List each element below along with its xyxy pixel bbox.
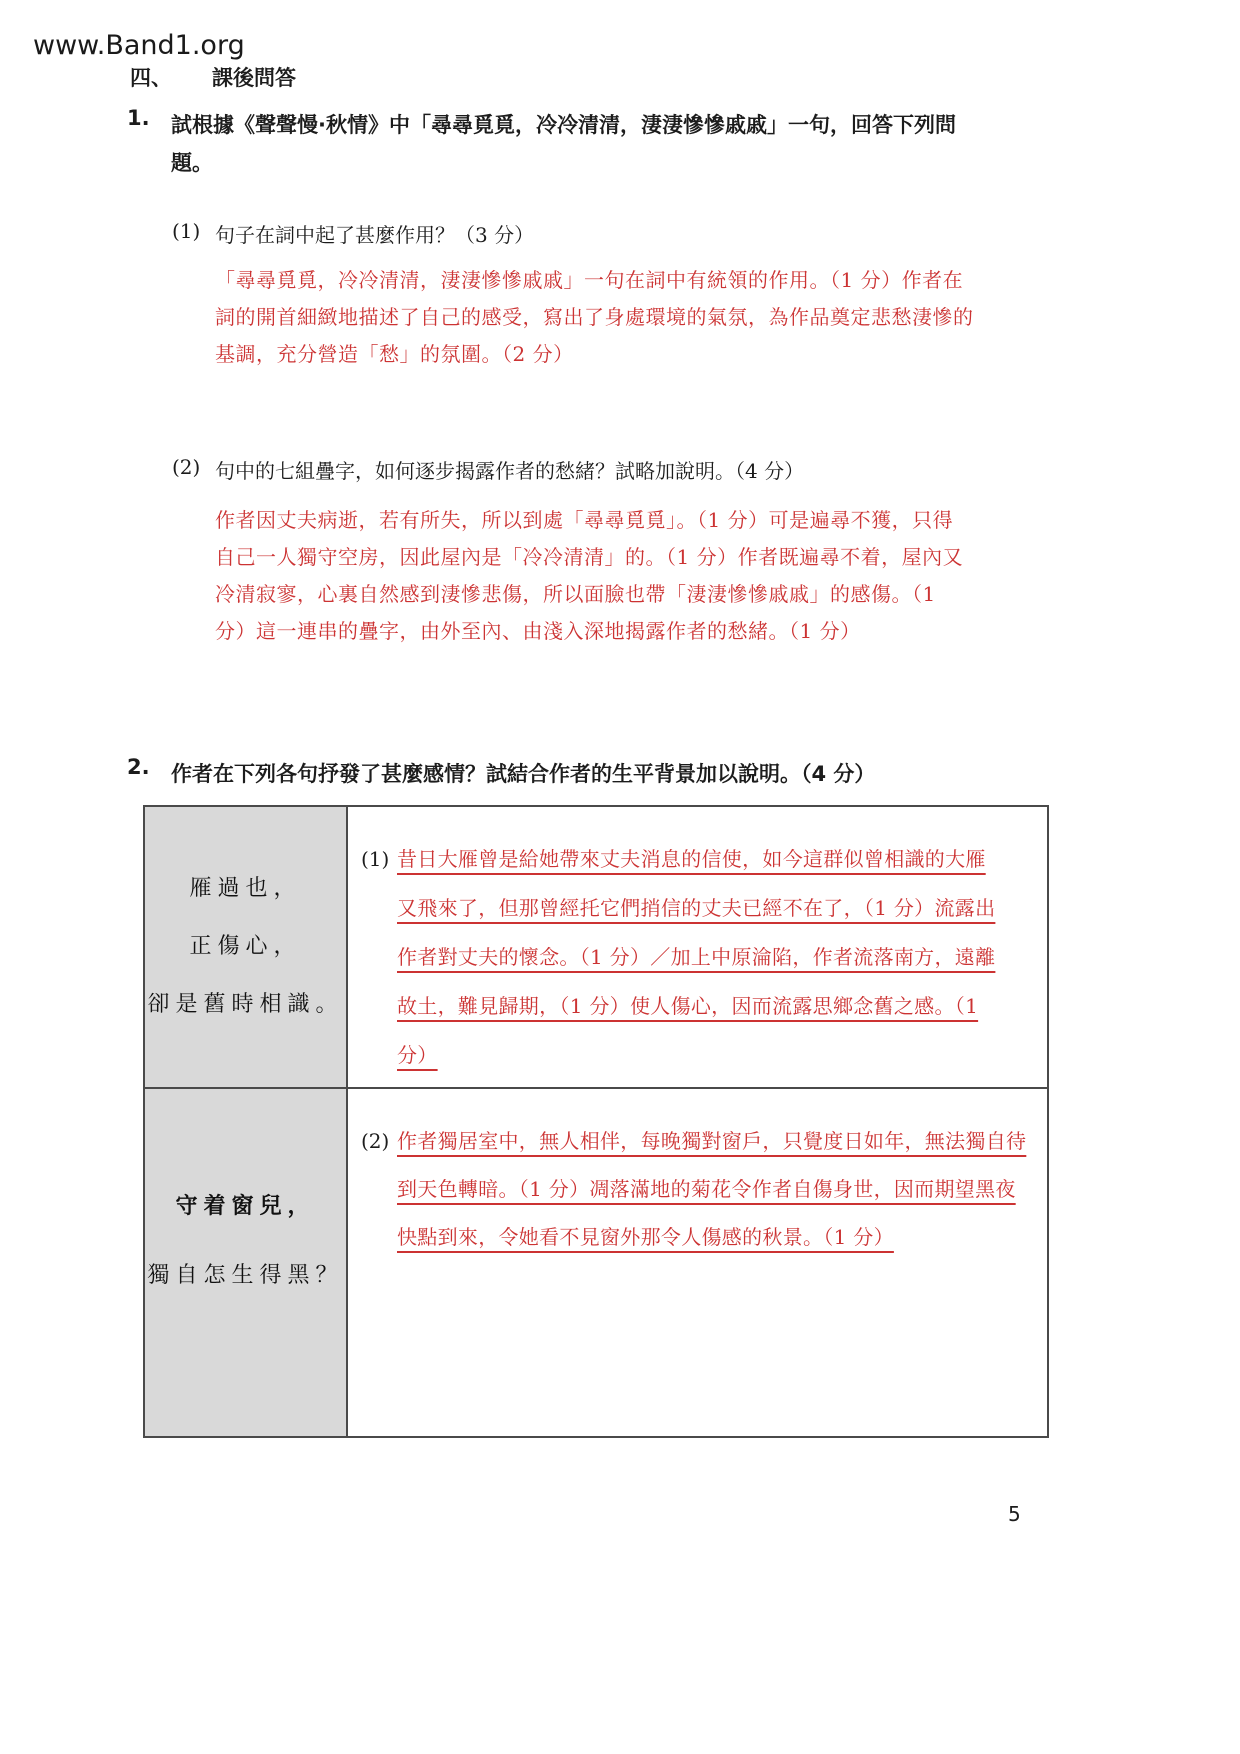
watermark: www.Band1.org <box>33 30 245 61</box>
answer-1-line: 基調，充分營造「愁」的氛圍。（2 分） <box>215 336 1045 373</box>
answer-2-line: 冷清寂寥，心裏自然感到淒慘悲傷，所以面臉也帶「淒淒慘慘戚戚」的感傷。（1 <box>215 576 1045 613</box>
answer-1-line: 詞的開首細緻地描述了自己的感受，寫出了身處環境的氣氛，為作品奠定悲愁淒慘的 <box>215 299 1045 336</box>
poem-line: 獨自怎生得黑？ <box>147 1241 343 1311</box>
answer-line: 又飛來了，但那曾經托它們捎信的丈夫已經不在了，（1 分）流露出 <box>397 896 995 920</box>
answer-2-line: 自己一人獨守空房，因此屋內是「冷冷清清」的。（1 分）作者既遍尋不着，屋內又 <box>215 539 1045 576</box>
answer-cell: (1) 昔日大雁曾是給她帶來丈夫消息的信使，如今這群似曾相識的大雁 又飛來了，但… <box>348 807 1047 1087</box>
question-1-number: 1. <box>127 106 150 130</box>
answer-cell: (2) 作者獨居室中，無人相伴，每晚獨對窗戶，只覺度日如年，無法獨自待 到天色轉… <box>348 1089 1047 1436</box>
question-1: 1. 試根據《聲聲慢·秋情》中「尋尋覓覓，冷冷清清，淒淒慘慘戚戚」一句，回答下列… <box>127 106 1057 182</box>
question-2-number: 2. <box>127 755 150 779</box>
section-title: 課後問答 <box>212 62 296 92</box>
subquestion-1-number: (1) <box>172 219 215 248</box>
answer-1-line: 「尋尋覓覓，冷冷清清，淒淒慘慘戚戚」一句在詞中有統領的作用。（1 分）作者在 <box>215 262 1045 299</box>
question-2: 2. 作者在下列各句抒發了甚麼感情？試結合作者的生平背景加以說明。（4 分） <box>127 755 1057 793</box>
question-1-text-line: 題。 <box>171 144 1057 182</box>
page-number: 5 <box>1008 1502 1021 1526</box>
answers-table: 雁過也， 正傷心， 卻是舊時相識。 (1) 昔日大雁曾是給她帶來丈夫消息的信使，… <box>143 805 1049 1438</box>
subquestion-2-number: (2) <box>172 455 215 484</box>
answer-number: (2) <box>361 1117 397 1436</box>
poem-line: 雁過也， <box>189 860 301 918</box>
subquestion-2-text: 句中的七組疊字，如何逐步揭露作者的愁緒？試略加說明。（4 分） <box>215 455 1052 484</box>
table-row: 雁過也， 正傷心， 卻是舊時相識。 (1) 昔日大雁曾是給她帶來丈夫消息的信使，… <box>145 807 1047 1089</box>
answer-1: 「尋尋覓覓，冷冷清清，淒淒慘慘戚戚」一句在詞中有統領的作用。（1 分）作者在 詞… <box>215 262 1045 373</box>
answer-line: 分） <box>397 1043 438 1067</box>
subquestion-2: (2) 句中的七組疊字，如何逐步揭露作者的愁緒？試略加說明。（4 分） <box>172 455 1052 484</box>
answer-2-line: 作者因丈夫病逝，若有所失，所以到處「尋尋覓覓」。（1 分）可是遍尋不獲，只得 <box>215 502 1045 539</box>
answer-line: 作者對丈夫的懷念。（1 分）／加上中原淪陷，作者流落南方，遠離 <box>397 945 995 969</box>
answer-text: 作者獨居室中，無人相伴，每晚獨對窗戶，只覺度日如年，無法獨自待 到天色轉暗。（1… <box>397 1117 1033 1436</box>
poem-line: 守着窗兒， <box>175 1171 315 1241</box>
answer-line: 快點到來，令她看不見窗外那令人傷感的秋景。（1 分） <box>397 1225 894 1249</box>
question-1-text-line: 試根據《聲聲慢·秋情》中「尋尋覓覓，冷冷清清，淒淒慘慘戚戚」一句，回答下列問 <box>171 106 1057 144</box>
answer-2-line: 分）這一連串的疊字，由外至內、由淺入深地揭露作者的愁緒。（1 分） <box>215 613 1045 650</box>
answer-line: 昔日大雁曾是給她帶來丈夫消息的信使，如今這群似曾相識的大雁 <box>397 847 986 871</box>
question-2-text: 作者在下列各句抒發了甚麼感情？試結合作者的生平背景加以說明。（4 分） <box>171 755 1057 793</box>
subquestion-1: (1) 句子在詞中起了甚麼作用？（3 分） <box>172 219 1052 248</box>
worksheet-page: www.Band1.org 四、 課後問答 1. 試根據《聲聲慢·秋情》中「尋尋… <box>0 0 1240 1754</box>
section-number: 四、 <box>130 62 172 92</box>
subquestion-1-text: 句子在詞中起了甚麼作用？（3 分） <box>215 219 1052 248</box>
answer-line: 到天色轉暗。（1 分）凋落滿地的菊花令作者自傷身世，因而期望黑夜 <box>397 1177 1016 1201</box>
poem-line: 卻是舊時相識。 <box>147 976 343 1034</box>
poem-cell: 雁過也， 正傷心， 卻是舊時相識。 <box>145 807 348 1087</box>
answer-line: 故土，難見歸期，（1 分）使人傷心，因而流露思鄉念舊之感。（1 <box>397 994 978 1018</box>
answer-text: 昔日大雁曾是給她帶來丈夫消息的信使，如今這群似曾相識的大雁 又飛來了，但那曾經托… <box>397 835 1033 1087</box>
table-row: 守着窗兒， 獨自怎生得黑？ (2) 作者獨居室中，無人相伴，每晚獨對窗戶，只覺度… <box>145 1089 1047 1436</box>
poem-cell: 守着窗兒， 獨自怎生得黑？ <box>145 1089 348 1436</box>
section-heading: 四、 課後問答 <box>130 62 296 92</box>
answer-2: 作者因丈夫病逝，若有所失，所以到處「尋尋覓覓」。（1 分）可是遍尋不獲，只得 自… <box>215 502 1045 650</box>
answer-line: 作者獨居室中，無人相伴，每晚獨對窗戶，只覺度日如年，無法獨自待 <box>397 1129 1026 1153</box>
poem-line: 正傷心， <box>189 918 301 976</box>
answer-number: (1) <box>361 835 397 1087</box>
